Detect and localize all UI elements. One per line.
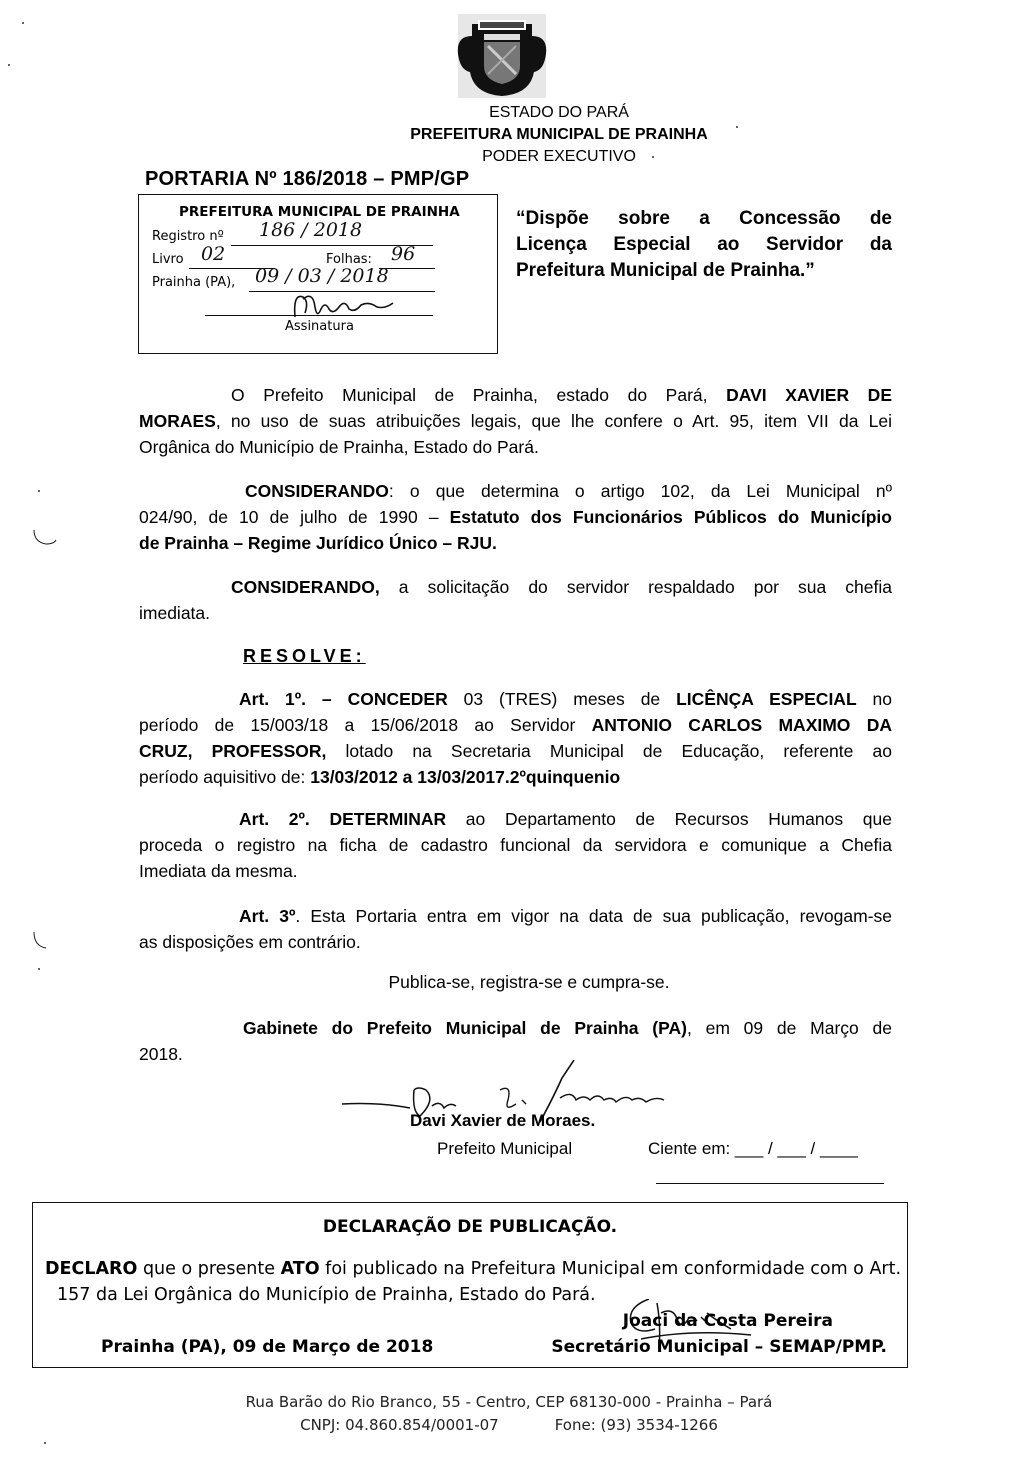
stamp-registro-value: 186 / 2018 [259,219,362,241]
signatory-name: Davi Xavier de Moraes. [410,1111,595,1131]
article-label: Art. 1º. – CONCEDER [239,689,448,709]
ementa-line: Prefeitura Municipal de Prainha.” [516,258,892,284]
mayor-name: DAVI XAVIER DE [726,385,892,405]
text: lotado na Secretaria Municipal de Educaç… [326,741,892,761]
ementa-line: “Dispõe sobre a Concessão de [516,206,892,232]
keyword: CONSIDERANDO, [231,577,380,597]
considerando-2: CONSIDERANDO, a solicitação do servidor … [139,574,892,626]
text: Orgânica do Município de Prainha, Estado… [139,434,892,460]
text: O Prefeito Municipal de Prainha, estado … [231,385,708,405]
employee-name: ANTONIO CARLOS MAXIMO DA [592,715,892,735]
registration-stamp: PREFEITURA MUNICIPAL DE PRAINHA Registro… [138,194,498,354]
stamp-place-label: Prainha (PA), [152,275,235,290]
stamp-title: PREFEITURA MUNICIPAL DE PRAINHA [179,204,460,220]
employee-name: CRUZ, PROFESSOR, [139,741,326,761]
text: no [857,689,892,709]
text: que o presente [137,1259,280,1279]
publication-declaration: DECLARAÇÃO DE PUBLICAÇÃO. DECLARO que o … [32,1202,908,1368]
keyword: CONSIDERANDO [245,481,389,501]
text: as disposições em contrário. [139,929,892,955]
text: : o que determina o artigo 102, da Lei M… [389,481,892,501]
declaration-text: 157 da Lei Orgânica do Município de Prai… [57,1285,596,1305]
text: proceda o registro na ficha de cadastro … [139,832,892,858]
text: Imediata da mesma. [139,858,892,884]
coat-of-arms-icon [454,14,550,98]
secretary-name: Joaci da Costa Pereira [623,1311,833,1331]
text: período aquisitivo de: [139,767,310,787]
closing-formula: Publica-se, registra-se e cumpra-se. [15,972,1028,993]
scan-mark-icon [30,528,60,552]
resolve-heading: RESOLVE: [243,646,366,667]
article-1: Art. 1º. – CONCEDER 03 (TRES) meses de L… [139,686,892,790]
header-state: ESTADO DO PARÁ [45,104,1028,122]
text: 03 (TRES) meses de [448,689,676,709]
footer-contact: CNPJ: 04.860.854/0001-07Fone: (93) 3534-… [0,1416,1023,1434]
scan-mark-icon [30,930,54,954]
declaration-title: DECLARAÇÃO DE PUBLICAÇÃO. [33,1217,907,1237]
considerando-1: CONSIDERANDO: o que determina o artigo 1… [139,478,892,556]
ciente-field: Ciente em: ___ / ___ / ____ [648,1139,858,1159]
secretary-role: Secretário Municipal – SEMAP/PMP. [551,1337,887,1357]
text: a solicitação do servidor respaldado por… [380,577,892,597]
declaration-date: Prainha (PA), 09 de Março de 2018 [101,1337,433,1357]
text: , em 09 de Março de [687,1018,892,1038]
article-label: Art. 2º. DETERMINAR [239,809,446,829]
stamp-signature-icon [289,287,399,323]
text: ao Departamento de Recursos Humanos que [446,809,892,829]
stamp-registro-label: Registro nº [152,229,224,244]
document-page: ESTADO DO PARÁ PREFEITURA MUNICIPAL DE P… [0,0,1028,1466]
ciente-signature-line [656,1183,884,1184]
stamp-folhas-value: 96 [391,243,415,265]
statute-name: Estatuto dos Funcionários Públicos do Mu… [450,507,892,527]
stamp-date-value: 09 / 03 / 2018 [255,265,389,287]
header-prefecture: PREFEITURA MUNICIPAL DE PRAINHA [45,126,1028,144]
text: foi publicado na Prefeitura Municipal em… [320,1259,901,1279]
text: período de 15/003/18 a 15/06/2018 ao Ser… [139,715,592,735]
text: imediata. [139,600,892,626]
stamp-livro-label: Livro [152,252,184,267]
office-name: Gabinete do Prefeito Municipal de Prainh… [243,1018,687,1038]
text: , no uso de suas atribuições legais, que… [216,411,892,431]
preamble-paragraph: O Prefeito Municipal de Prainha, estado … [139,382,892,460]
article-label: Art. 3º [239,906,295,926]
mayor-surname: MORAES [139,411,216,431]
article-3: Art. 3º. Esta Portaria entra em vigor na… [139,903,892,955]
footer-phone: Fone: (93) 3534-1266 [555,1416,718,1434]
stamp-livro-value: 02 [201,243,225,265]
keyword: DECLARO [45,1259,137,1279]
statute-name: de Prainha – Regime Jurídico Único – RJU… [139,530,892,556]
footer-cnpj: CNPJ: 04.860.854/0001-07 [300,1416,499,1434]
footer-address: Rua Barão do Rio Branco, 55 - Centro, CE… [0,1393,1023,1411]
article-2: Art. 2º. DETERMINAR ao Departamento de R… [139,806,892,884]
portaria-number: PORTARIA Nº 186/2018 – PMP/GP [145,168,469,191]
text: . Esta Portaria entra em vigor na data d… [295,906,892,926]
license-type: LICÊNÇA ESPECIAL [676,689,857,709]
header-branch: PODER EXECUTIVO [45,148,1028,166]
ementa-line: Licença Especial ao Servidor da [516,232,892,258]
keyword: ATO [281,1259,320,1279]
acquisition-period: 13/03/2012 a 13/03/2017.2ºquinquenio [310,767,620,787]
declaration-text: DECLARO que o presente ATO foi publicado… [45,1259,901,1279]
ementa: “Dispõe sobre a Concessão de Licença Esp… [516,206,892,284]
signatory-role: Prefeito Municipal [437,1139,572,1159]
stamp-signature-label: Assinatura [285,319,354,334]
text: 024/90, de 10 de julho de 1990 – [139,507,450,527]
